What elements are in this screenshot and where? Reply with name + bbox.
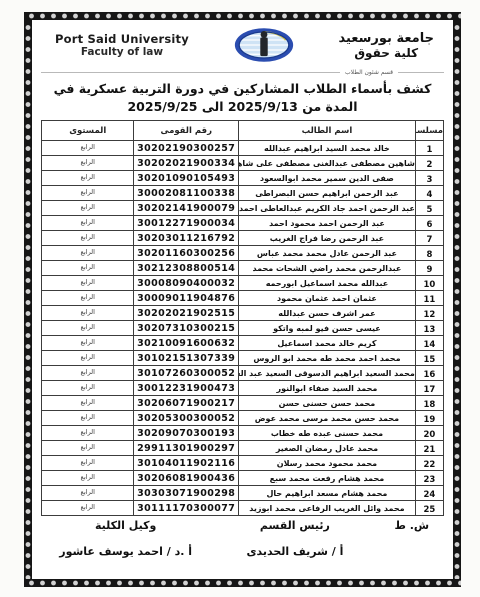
cell-national-id: 30102151307339 bbox=[134, 351, 239, 366]
cell-name: محمد احمد محمد طه محمد ابو الروس bbox=[239, 351, 416, 366]
cell-name: محمد حسن محمد مرسى محمد عوض bbox=[239, 411, 416, 426]
cell-level: الرابع bbox=[42, 291, 134, 306]
divider-line bbox=[41, 72, 340, 73]
cell-name: عبد الرحمن عادل محمد محمد عباس bbox=[239, 246, 416, 261]
university-name-english: Port Said University Faculty of law bbox=[55, 32, 189, 58]
cell-national-id: 30002081100338 bbox=[134, 186, 239, 201]
cell-name: محمد وائل الغريب الرفاعى محمد ابوزيد bbox=[239, 501, 416, 516]
cell-national-id: 30009011904876 bbox=[134, 291, 239, 306]
cell-serial: 11 bbox=[415, 291, 443, 306]
cell-national-id: 30203011216792 bbox=[134, 231, 239, 246]
cell-name: كريم خالد محمد اسماعيل bbox=[239, 336, 416, 351]
cell-name: عثمان احمد عثمان محمود bbox=[239, 291, 416, 306]
signature-title-right: ش. ط bbox=[380, 519, 444, 532]
cell-name: شاهين مصطفى عبدالغنى مصطفى على شاهين bbox=[239, 156, 416, 171]
cell-name: عبد الرحمن احمد جاد الكريم عبدالعاطى احم… bbox=[239, 201, 416, 216]
cell-serial: 23 bbox=[415, 471, 443, 486]
cell-national-id: 30111170300077 bbox=[134, 501, 239, 516]
university-emblem-icon bbox=[233, 26, 295, 64]
cell-name: عبد الرحمن احمد محمود احمد bbox=[239, 216, 416, 231]
signature-title-left: وكيل الكلية bbox=[41, 519, 210, 532]
cell-national-id: 30201090105493 bbox=[134, 171, 239, 186]
student-row: 11عثمان احمد عثمان محمود30009011904876ال… bbox=[42, 291, 444, 306]
cell-level: الرابع bbox=[42, 171, 134, 186]
student-row: 24محمد هشام مسعد ابراهيم حال303030719002… bbox=[42, 486, 444, 501]
column-header-national-id: رقم القومى bbox=[134, 121, 239, 141]
cell-level: الرابع bbox=[42, 501, 134, 516]
cell-serial: 18 bbox=[415, 396, 443, 411]
column-header-serial: مسلسل bbox=[415, 121, 443, 141]
cell-serial: 9 bbox=[415, 261, 443, 276]
cell-national-id: 30202141900079 bbox=[134, 201, 239, 216]
cell-serial: 8 bbox=[415, 246, 443, 261]
column-header-student-name: اسم الطالب bbox=[239, 121, 416, 141]
cell-serial: 3 bbox=[415, 171, 443, 186]
cell-level: الرابع bbox=[42, 381, 134, 396]
document-title: كشف بأسماء الطلاب المشاركين في دورة التر… bbox=[41, 80, 444, 116]
cell-national-id: 30303071900298 bbox=[134, 486, 239, 501]
cell-name: عبدالرحمن محمد راضي الشحات محمد bbox=[239, 261, 416, 276]
cell-national-id: 30008090400032 bbox=[134, 276, 239, 291]
cell-level: الرابع bbox=[42, 156, 134, 171]
cell-national-id: 30202190300257 bbox=[134, 141, 239, 156]
student-row: 18محمد حسن حسنى حسن30206071900217الرابع bbox=[42, 396, 444, 411]
cell-serial: 2 bbox=[415, 156, 443, 171]
cell-national-id: 30209070300193 bbox=[134, 426, 239, 441]
cell-serial: 13 bbox=[415, 321, 443, 336]
cell-level: الرابع bbox=[42, 306, 134, 321]
cell-level: الرابع bbox=[42, 486, 134, 501]
faculty-ar-line: كلية حقوق bbox=[338, 46, 434, 60]
header-divider: قسم شئون الطلاب bbox=[41, 67, 444, 77]
cell-serial: 21 bbox=[415, 441, 443, 456]
signature-name-right-empty bbox=[380, 545, 444, 558]
cell-level: الرابع bbox=[42, 366, 134, 381]
cell-level: الرابع bbox=[42, 351, 134, 366]
cell-level: الرابع bbox=[42, 411, 134, 426]
cell-serial: 5 bbox=[415, 201, 443, 216]
student-row: 1خالد محمد السيد ابراهيم عبدالله30202190… bbox=[42, 141, 444, 156]
cell-name: محمد السيد صفاء ابوالنور bbox=[239, 381, 416, 396]
cell-level: الرابع bbox=[42, 141, 134, 156]
cell-serial: 20 bbox=[415, 426, 443, 441]
student-row: 21محمد عادل رمضان الصغير29911301900297ال… bbox=[42, 441, 444, 456]
cell-national-id: 29911301900297 bbox=[134, 441, 239, 456]
cell-level: الرابع bbox=[42, 201, 134, 216]
cell-serial: 12 bbox=[415, 306, 443, 321]
cell-level: الرابع bbox=[42, 186, 134, 201]
students-table-body: 1خالد محمد السيد ابراهيم عبدالله30202190… bbox=[42, 141, 444, 516]
document-content: Port Said University Faculty of law bbox=[32, 20, 453, 579]
cell-serial: 22 bbox=[415, 456, 443, 471]
divider-line-short bbox=[398, 72, 444, 73]
student-row: 16محمد السعيد ابراهيم الدسوقى السعيد عبد… bbox=[42, 366, 444, 381]
cell-national-id: 30202021900334 bbox=[134, 156, 239, 171]
student-row: 13عيسى حسن فيو لمبه واتكو30207310300215ا… bbox=[42, 321, 444, 336]
student-row: 6عبد الرحمن احمد محمود احمد3001227190003… bbox=[42, 216, 444, 231]
title-line-2: المدة من 2025/9/13 الى 2025/9/25 bbox=[41, 98, 444, 116]
cell-national-id: 30206071900217 bbox=[134, 396, 239, 411]
signature-footer: ش. ط رئيس القسم وكيل الكلية أ / شريف الح… bbox=[41, 519, 444, 558]
vice-dean-name: أ .د / احمد يوسف عاشور bbox=[41, 545, 210, 558]
student-row: 22محمد محمود محمد رسلان30104011902116الر… bbox=[42, 456, 444, 471]
student-row: 7عبد الرحمن رضا فراج الغريب3020301121679… bbox=[42, 231, 444, 246]
students-table: مسلسل اسم الطالب رقم القومى المستوى 1خال… bbox=[41, 120, 444, 516]
cell-serial: 7 bbox=[415, 231, 443, 246]
student-row: 2شاهين مصطفى عبدالغنى مصطفى على شاهين302… bbox=[42, 156, 444, 171]
student-row: 9عبدالرحمن محمد راضي الشحات محمد30212308… bbox=[42, 261, 444, 276]
student-row: 10عبدالله محمد اسماعيل ابورحمه3000809040… bbox=[42, 276, 444, 291]
cell-serial: 10 bbox=[415, 276, 443, 291]
student-row: 17محمد السيد صفاء ابوالنور30012231900473… bbox=[42, 381, 444, 396]
cell-national-id: 30205300300052 bbox=[134, 411, 239, 426]
cell-serial: 16 bbox=[415, 366, 443, 381]
cell-level: الرابع bbox=[42, 321, 134, 336]
cell-level: الرابع bbox=[42, 231, 134, 246]
student-row: 20محمد حسنى عبده طه خطاب30209070300193ال… bbox=[42, 426, 444, 441]
cell-name: صفى الدين سمير محمد ابوالسعود bbox=[239, 171, 416, 186]
student-row: 12عمر اشرف حسن عبدالله30202021902515الرا… bbox=[42, 306, 444, 321]
cell-level: الرابع bbox=[42, 261, 134, 276]
cell-level: الرابع bbox=[42, 426, 134, 441]
cell-level: الرابع bbox=[42, 246, 134, 261]
cell-name: محمد حسن حسنى حسن bbox=[239, 396, 416, 411]
cell-level: الرابع bbox=[42, 336, 134, 351]
department-head-name: أ / شريف الحديدى bbox=[210, 545, 379, 558]
cell-serial: 14 bbox=[415, 336, 443, 351]
cell-serial: 15 bbox=[415, 351, 443, 366]
column-header-level: المستوى bbox=[42, 121, 134, 141]
cell-name: محمد هشام رفعت محمد سبع bbox=[239, 471, 416, 486]
student-row: 14كريم خالد محمد اسماعيل30210091600632ال… bbox=[42, 336, 444, 351]
cell-serial: 6 bbox=[415, 216, 443, 231]
cell-level: الرابع bbox=[42, 276, 134, 291]
document-page: Port Said University Faculty of law bbox=[0, 0, 480, 597]
cell-national-id: 30104011902116 bbox=[134, 456, 239, 471]
student-row: 19محمد حسن محمد مرسى محمد عوض30205300300… bbox=[42, 411, 444, 426]
border-left bbox=[24, 20, 32, 579]
cell-serial: 17 bbox=[415, 381, 443, 396]
cell-name: عبد الرحمن رضا فراج الغريب bbox=[239, 231, 416, 246]
cell-level: الرابع bbox=[42, 216, 134, 231]
cell-level: الرابع bbox=[42, 456, 134, 471]
cell-name: محمد حسنى عبده طه خطاب bbox=[239, 426, 416, 441]
student-row: 15محمد احمد محمد طه محمد ابو الروس301021… bbox=[42, 351, 444, 366]
cell-name: محمد السعيد ابراهيم الدسوقى السعيد عبد ا… bbox=[239, 366, 416, 381]
cell-name: محمد محمود محمد رسلان bbox=[239, 456, 416, 471]
student-row: 3صفى الدين سمير محمد ابوالسعود3020109010… bbox=[42, 171, 444, 186]
cell-level: الرابع bbox=[42, 441, 134, 456]
cell-level: الرابع bbox=[42, 396, 134, 411]
cell-name: عبدالله محمد اسماعيل ابورحمه bbox=[239, 276, 416, 291]
student-row: 8عبد الرحمن عادل محمد محمد عباس302011603… bbox=[42, 246, 444, 261]
title-line-1: كشف بأسماء الطلاب المشاركين في دورة التر… bbox=[41, 80, 444, 98]
border-top bbox=[24, 12, 461, 20]
cell-name: عيسى حسن فيو لمبه واتكو bbox=[239, 321, 416, 336]
cell-name: عمر اشرف حسن عبدالله bbox=[239, 306, 416, 321]
cell-name: عبد الرحمن ابراهيم حسن البصراطى bbox=[239, 186, 416, 201]
cell-national-id: 30212308800514 bbox=[134, 261, 239, 276]
university-logo bbox=[232, 26, 296, 64]
student-row: 4عبد الرحمن ابراهيم حسن البصراطى30002081… bbox=[42, 186, 444, 201]
student-row: 25محمد وائل الغريب الرفاعى محمد ابوزيد30… bbox=[42, 501, 444, 516]
table-header-row: مسلسل اسم الطالب رقم القومى المستوى bbox=[42, 121, 444, 141]
document-header: Port Said University Faculty of law bbox=[41, 26, 444, 64]
cell-serial: 19 bbox=[415, 411, 443, 426]
border-bottom bbox=[24, 579, 461, 587]
cell-level: الرابع bbox=[42, 471, 134, 486]
university-en-line: Port Said University bbox=[55, 32, 189, 46]
university-ar-line: جامعة بورسعيد bbox=[338, 31, 434, 46]
cell-name: محمد هشام مسعد ابراهيم حال bbox=[239, 486, 416, 501]
faculty-en-line: Faculty of law bbox=[55, 46, 189, 58]
cell-national-id: 30210091600632 bbox=[134, 336, 239, 351]
cell-national-id: 30202021902515 bbox=[134, 306, 239, 321]
cell-serial: 24 bbox=[415, 486, 443, 501]
signature-title-center: رئيس القسم bbox=[210, 519, 379, 532]
signature-titles-row: ش. ط رئيس القسم وكيل الكلية bbox=[41, 519, 444, 532]
student-row: 5عبد الرحمن احمد جاد الكريم عبدالعاطى اح… bbox=[42, 201, 444, 216]
cell-serial: 1 bbox=[415, 141, 443, 156]
cell-name: محمد عادل رمضان الصغير bbox=[239, 441, 416, 456]
decorative-border-frame: Port Said University Faculty of law bbox=[24, 12, 461, 587]
student-row: 23محمد هشام رفعت محمد سبع30206081900436ا… bbox=[42, 471, 444, 486]
signature-names-row: أ / شريف الحديدى أ .د / احمد يوسف عاشور bbox=[41, 545, 444, 558]
cell-national-id: 30206081900436 bbox=[134, 471, 239, 486]
cell-national-id: 30207310300215 bbox=[134, 321, 239, 336]
cell-serial: 25 bbox=[415, 501, 443, 516]
department-label: قسم شئون الطلاب bbox=[340, 69, 398, 76]
university-name-arabic: جامعة بورسعيد كلية حقوق bbox=[338, 31, 434, 60]
cell-national-id: 30012231900473 bbox=[134, 381, 239, 396]
cell-name: خالد محمد السيد ابراهيم عبدالله bbox=[239, 141, 416, 156]
cell-national-id: 30107260300052 bbox=[134, 366, 239, 381]
border-right bbox=[453, 20, 461, 579]
cell-national-id: 30201160300256 bbox=[134, 246, 239, 261]
cell-serial: 4 bbox=[415, 186, 443, 201]
cell-national-id: 30012271900034 bbox=[134, 216, 239, 231]
